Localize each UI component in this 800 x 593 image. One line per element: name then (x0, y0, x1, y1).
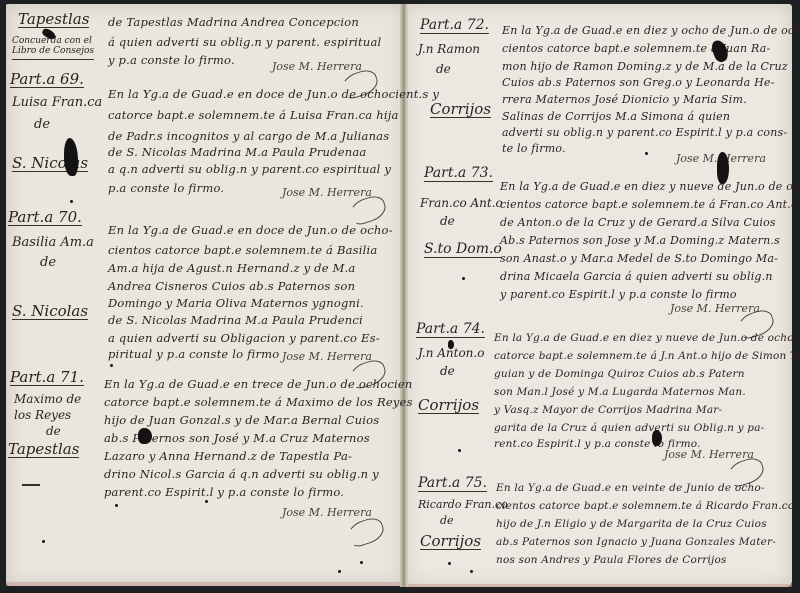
entry-line: a quien adverti su Obligacion y parent.c… (108, 332, 380, 345)
margin-de: de (440, 214, 455, 228)
ink-speck (645, 152, 648, 155)
entry-line: En la Yg.a de Guad.e en doce de Jun.o de… (108, 88, 439, 101)
margin-dash (22, 484, 40, 486)
entry-line: Salinas de Corrijos M.a Simona á quien (502, 110, 730, 123)
margin-place: Corrijos (430, 102, 491, 118)
priest-signature: Jose M. Herrera (272, 60, 362, 73)
margin-baptized-name: Basilia Am.a (12, 236, 94, 250)
entry-line: Cuios ab.s Paternos son Greg.o y Leonard… (502, 76, 775, 89)
entry-line: á quien adverti su oblig.n y parent. esp… (108, 36, 381, 49)
margin-place: Tapestlas (8, 442, 79, 458)
priest-signature: Jose M. Herrera (664, 448, 754, 461)
entry-line: En la Yg.a de Guad.e en diez y nueve de … (494, 332, 800, 345)
entry-line: rrera Maternos José Dionicio y Maria Sim… (502, 93, 747, 106)
ink-speck (70, 200, 73, 203)
entry-line: p.a conste lo firmo. (108, 182, 224, 195)
entry-number: Part.a 74. (416, 322, 485, 338)
ink-speck (110, 364, 113, 367)
entry-line: ab.s Paternos son Ignacio y Juana Gonzal… (496, 536, 776, 549)
margin-note-libro: Libro de Consejos (12, 44, 94, 60)
entry-line: catorce bapt.e solemnem.te á J.n Ant.o h… (494, 350, 800, 363)
entry-line: En la Yg.a de Guad.e en doce de Jun.o de… (108, 224, 393, 237)
entry-line: de S. Nicolas Madrina M.a Paula Prudenci (108, 314, 363, 327)
entry-line: de Anton.o de la Cruz y de Gerard.a Silv… (500, 216, 776, 229)
entry-line: cientos catorce bapt.e solemnem.te á Bas… (108, 244, 377, 257)
ink-blot (138, 428, 152, 444)
ink-speck (205, 500, 208, 503)
entry-line: Domingo y Maria Oliva Maternos ygnogni. (108, 297, 364, 310)
ink-blot (652, 430, 662, 446)
entry-line: Andrea Cisneros Cuios ab.s Paternos son (108, 280, 355, 293)
margin-place: Corrijos (418, 398, 479, 414)
entry-line: son Man.l José y M.a Lugarda Maternos Ma… (494, 386, 746, 399)
entry-number: Part.a 73. (424, 166, 493, 182)
margin-baptized-name: Fran.co Ant.o (420, 196, 503, 210)
margin-baptized-name: Luisa Fran.ca (12, 96, 102, 110)
priest-signature: Jose M. Herrera (282, 350, 372, 363)
entry-line: drina Micaela Garcia á quien adverti su … (500, 270, 773, 283)
entry-line: nos son Andres y Paula Flores de Corrijo… (496, 554, 727, 567)
entry-line: Lazaro y Anna Hernand.z de Tapestla Pa- (104, 450, 352, 463)
entry-line: de S. Nicolas Madrina M.a Paula Prudenaa (108, 146, 366, 159)
ink-blot (717, 152, 729, 184)
margin-de: de (40, 256, 56, 270)
entry-line: te lo firmo. (502, 142, 566, 155)
margin-baptized-name: Ricardo Fran.co (418, 498, 508, 512)
ink-speck (470, 570, 473, 573)
entry-line: Ab.s Paternos son Jose y M.a Doming.z Ma… (500, 234, 780, 247)
priest-signature: Jose M. Herrera (282, 186, 372, 199)
ink-speck (338, 570, 341, 573)
entry-line: hijo de J.n Eligio y de Margarita de la … (496, 518, 767, 531)
entry-line: En la Yg.a de Guad.e en diez y nueve de … (500, 180, 800, 193)
entry-line: y Vasq.z Mayor de Corrijos Madrina Mar- (494, 404, 722, 417)
entry-line: hijo de Juan Gonzal.s y de Mar.a Bernal … (104, 414, 379, 427)
margin-baptized-name-cont: los Reyes (14, 408, 71, 422)
entry-line: a q.n adverti su oblig.n y parent.co esp… (108, 163, 391, 176)
entry-line: drino Nicol.s Garcia á q.n adverti su ob… (104, 468, 379, 481)
ink-speck (360, 561, 363, 564)
entry-number: Part.a 75. (418, 476, 487, 492)
ink-speck (448, 562, 451, 565)
entry-number: Part.a 72. (420, 18, 489, 34)
entry-line: cientos catorce bapt.e solemnem.te á Fra… (500, 198, 800, 211)
entry-number: Part.a 69. (10, 72, 84, 88)
margin-baptized-name: Maximo de (14, 392, 81, 406)
margin-place-continuation: Tapestlas (18, 12, 89, 28)
entry-line: catorce bapt.e solemnem.te á Maximo de l… (104, 396, 413, 409)
entry-line: mon hijo de Ramon Doming.z y de M.a de l… (502, 60, 788, 73)
ink-speck (42, 540, 45, 543)
entry-line: cientos catorce bapt.e solemnem.te á Jua… (502, 42, 770, 55)
ink-blot (448, 340, 454, 349)
entry-line: parent.co Espirit.l y p.a conste lo firm… (104, 486, 344, 499)
margin-de: de (440, 514, 454, 528)
entry-line: En la Yg.a de Guad.e en trece de Jun.o d… (104, 378, 413, 391)
entry-line: y p.a conste lo firmo. (108, 54, 235, 67)
margin-place: S. Nicolas (12, 304, 88, 320)
entry-line: guian y de Dominga Quiroz Cuios ab.s Pat… (494, 368, 745, 381)
entry-line: de Tapestlas Madrina Andrea Concepcion (108, 16, 359, 29)
ink-speck (115, 504, 118, 507)
entry-line: adverti su oblig.n y parent.co Espirit.l… (502, 126, 787, 139)
priest-signature: Jose M. Herrera (282, 506, 372, 519)
entry-line: son Anast.o y Mar.a Medel de S.to Doming… (500, 252, 778, 265)
entry-line: cientos catorce bapt.e solemnem.te á Ric… (496, 500, 794, 513)
ink-speck (462, 277, 465, 280)
entry-line: En la Yg.a de Guad.e en veinte de Junio … (496, 482, 765, 495)
margin-de: de (46, 424, 61, 438)
entry-line: de Padr.s incognitos y al cargo de M.a J… (108, 130, 389, 143)
ink-speck (458, 449, 461, 452)
entry-line: y parent.co Espirit.l y p.a conste lo fi… (500, 288, 737, 301)
priest-signature: Jose M. Herrera (670, 302, 760, 315)
entry-line: Am.a hija de Agust.n Hernand.z y de M.a (108, 262, 355, 275)
margin-place: S.to Dom.o (424, 242, 502, 258)
margin-de: de (436, 62, 451, 76)
entry-number: Part.a 71. (10, 370, 84, 386)
entry-line: En la Yg.a de Guad.e en diez y ocho de J… (502, 24, 800, 37)
margin-de: de (34, 118, 50, 132)
entry-number: Part.a 70. (8, 210, 82, 226)
margin-place: Corrijos (420, 534, 481, 550)
entry-line: garita de la Cruz á quien adverti su Obl… (494, 422, 764, 435)
entry-line: piritual y p.a conste lo firmo (108, 348, 279, 361)
margin-baptized-name: J.n Ramon (418, 42, 480, 56)
entry-line: catorce bapt.e solemnem.te á Luisa Fran.… (108, 109, 399, 122)
margin-de: de (440, 364, 455, 378)
